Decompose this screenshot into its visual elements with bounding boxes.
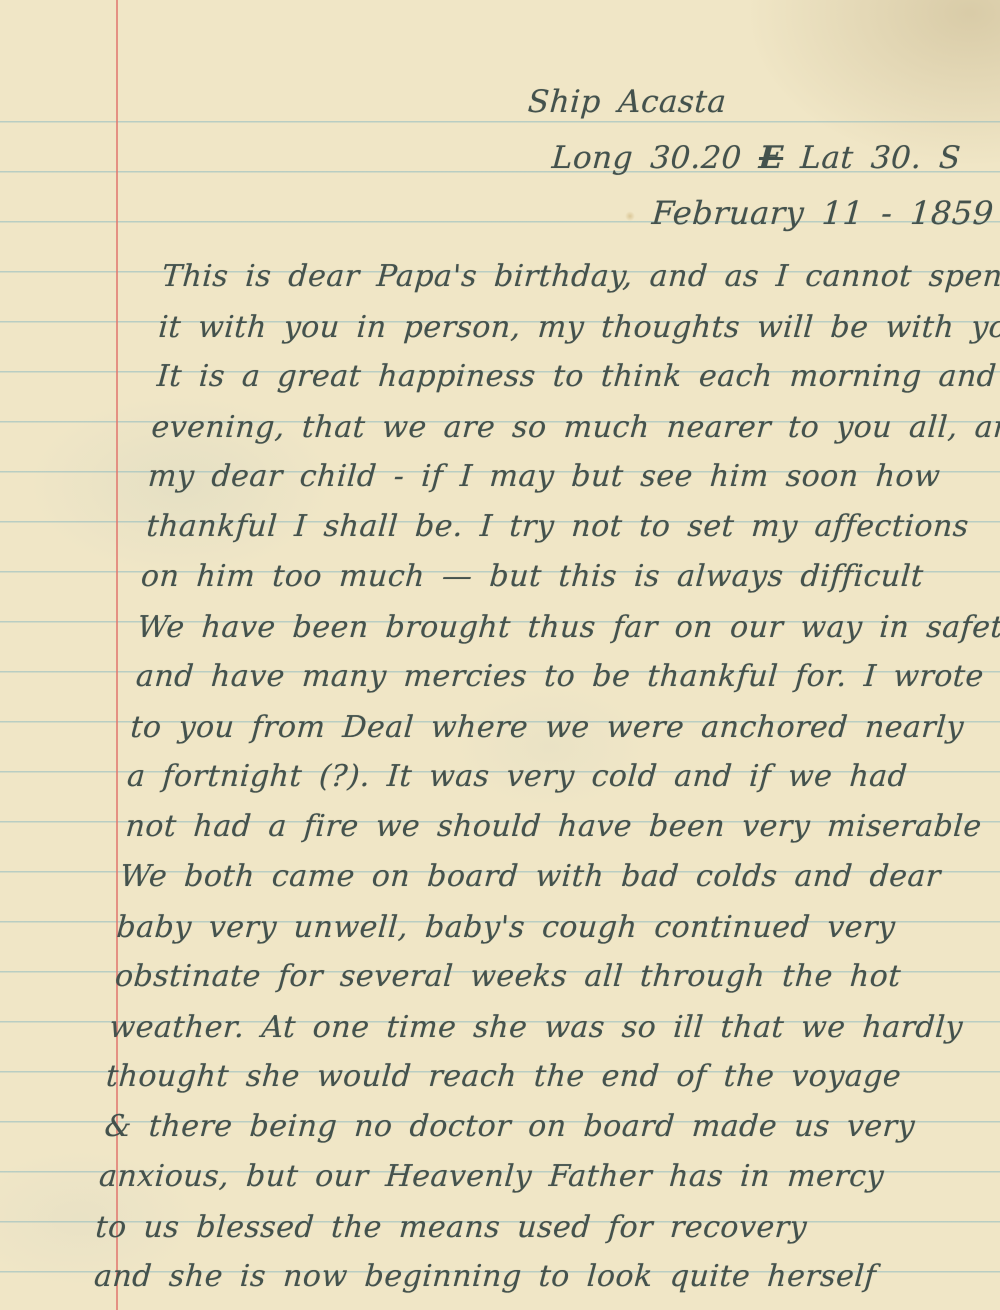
letter-line: to us blessed the means used for recover… xyxy=(94,1204,981,1254)
letter-line: thought she would reach the end of the v… xyxy=(104,1053,991,1103)
letter-body: This is dear Papa's birthday, and as I c… xyxy=(90,253,1000,1303)
header-east-mark: E xyxy=(758,140,785,176)
letter-line: not had a fire we should have been very … xyxy=(124,803,1000,853)
letter-line: This is dear Papa's birthday, and as I c… xyxy=(160,253,1000,303)
letter-line: baby very unwell, baby's cough continued… xyxy=(115,904,1000,954)
header-ship-name: Ship Acasta xyxy=(527,84,728,120)
letter-line: evening, that we are so much nearer to y… xyxy=(150,404,1000,454)
letter-page: Ship Acasta Long 30.20 E Lat 30. S Febru… xyxy=(0,0,1000,1310)
letter-line: weather. At one time she was so ill that… xyxy=(108,1004,995,1054)
header-longitude: Long 30.20 xyxy=(551,140,761,176)
letter-line: anxious, but our Heavenly Father has in … xyxy=(97,1153,984,1203)
header-latitude: Lat 30. S xyxy=(782,140,962,176)
header-position: Long 30.20 E Lat 30. S xyxy=(551,140,962,176)
letter-line: my dear child - if I may but see him soo… xyxy=(146,453,1000,503)
letter-line: a fortnight (?). It was very cold and if… xyxy=(125,753,1000,803)
letter-line: We both came on board with bad colds and… xyxy=(118,853,1000,903)
letter-line: It is a great happiness to think each mo… xyxy=(155,353,1000,403)
letter-line: to you from Deal where we were anchored … xyxy=(129,704,1000,754)
letter-line: obstinate for several weeks all through … xyxy=(113,953,1000,1003)
header-date: February 11 - 1859 xyxy=(651,194,995,232)
letter-line: We have been brought thus far on our way… xyxy=(136,604,1000,654)
letter-line: & there being no doctor on board made us… xyxy=(103,1103,990,1153)
letter-line: it with you in person, my thoughts will … xyxy=(157,304,1000,354)
letter-line: thankful I shall be. I try not to set my… xyxy=(145,503,1000,553)
letter-line: and have many mercies to be thankful for… xyxy=(134,653,1000,703)
letter-line: and she is now beginning to look quite h… xyxy=(92,1253,979,1303)
letter-line: on him too much — but this is always dif… xyxy=(139,553,1000,603)
